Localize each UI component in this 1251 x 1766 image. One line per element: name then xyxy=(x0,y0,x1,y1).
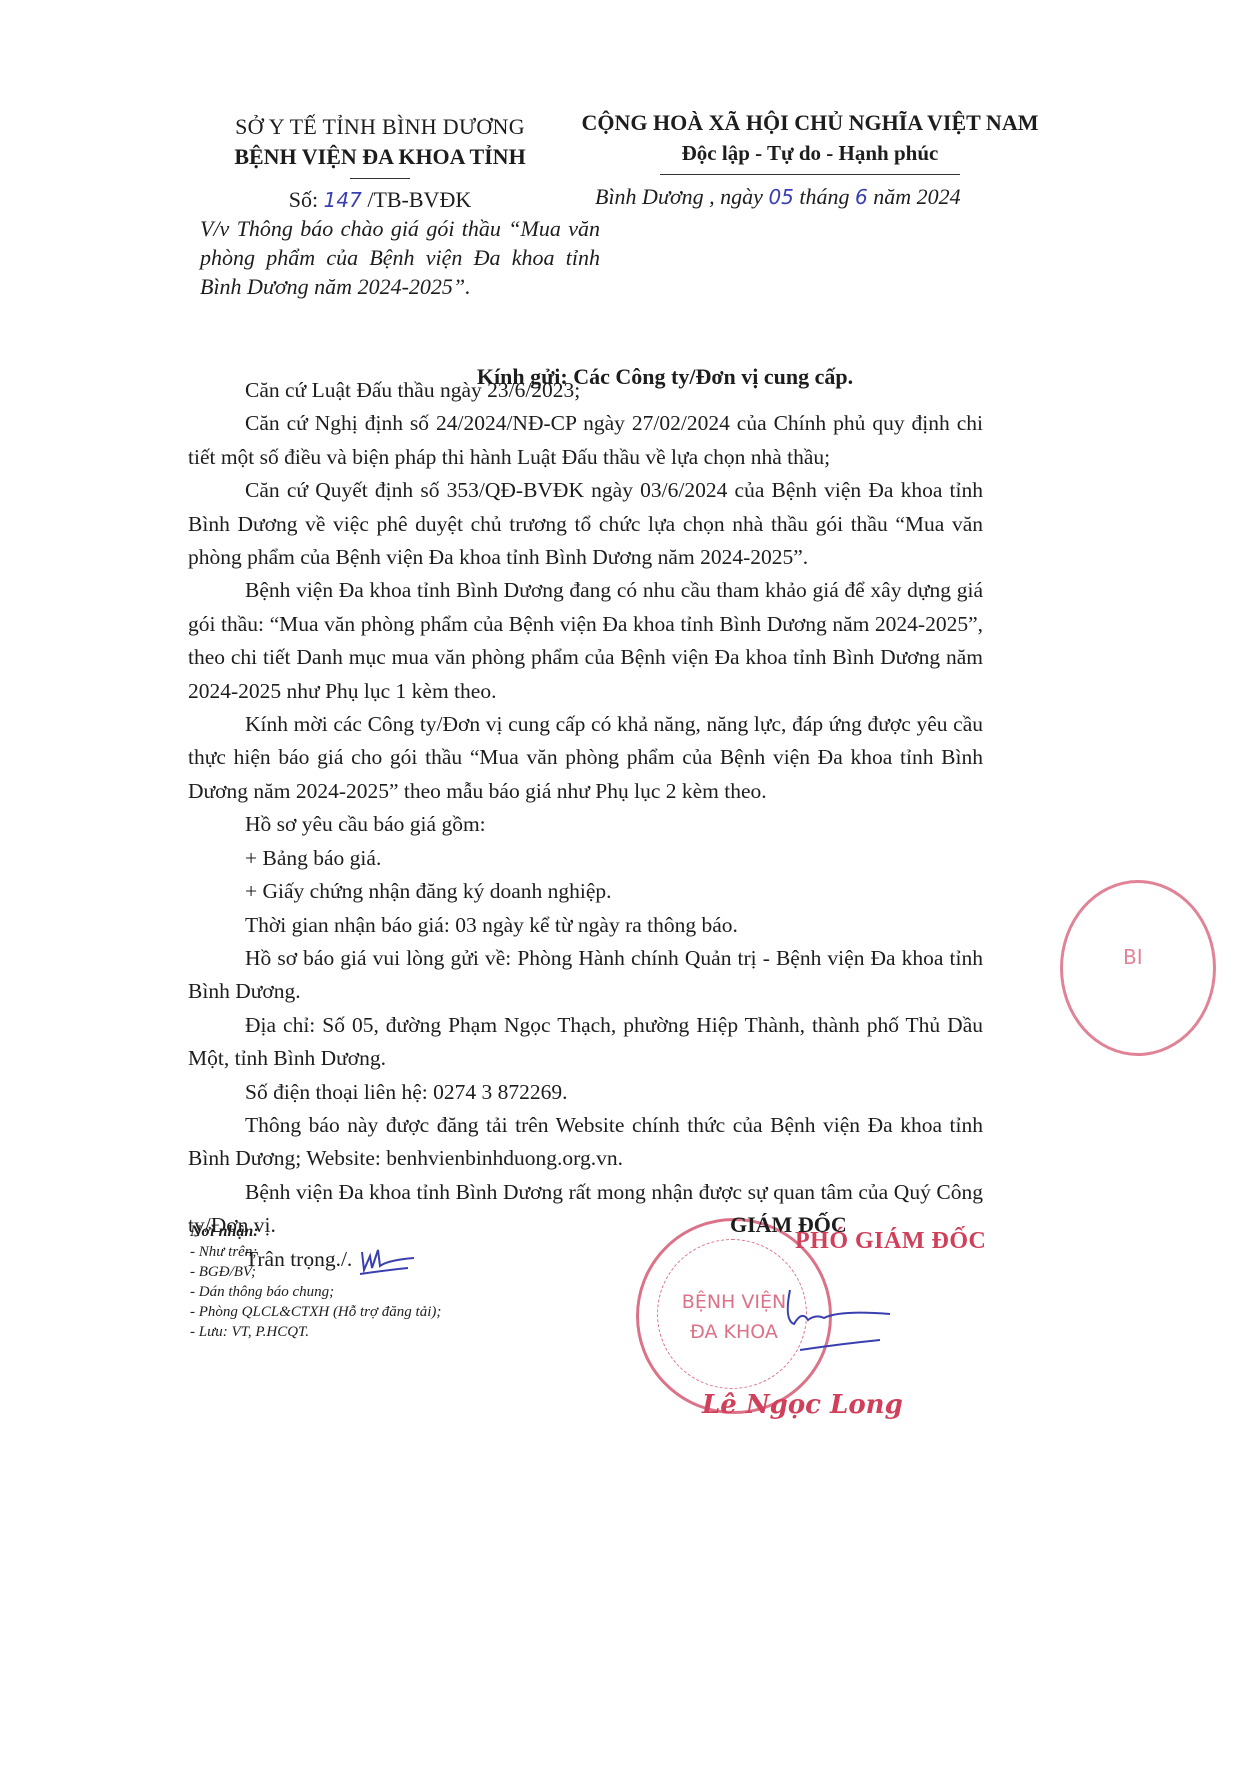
paragraph: Thời gian nhận báo giá: 03 ngày kể từ ng… xyxy=(188,909,983,942)
paragraph: Căn cứ Quyết định số 353/QĐ-BVĐK ngày 03… xyxy=(188,474,983,574)
paragraph: Thông báo này được đăng tải trên Website… xyxy=(188,1109,983,1176)
number-handwritten: 147 xyxy=(324,188,362,212)
paragraph: Địa chỉ: Số 05, đường Phạm Ngọc Thạch, p… xyxy=(188,1009,983,1076)
recipient-item: - BGĐ/BV; xyxy=(190,1262,441,1282)
subject-line: V/v Thông báo chào giá gói thầu “Mua văn… xyxy=(200,214,600,301)
national-header: CỘNG HOÀ XÃ HỘI CHỦ NGHĨA VIỆT NAM Độc l… xyxy=(560,108,1060,179)
recipients-block: Nơi nhận: - Như trên; - BGĐ/BV; - Dán th… xyxy=(190,1222,441,1342)
paragraph: Hồ sơ yêu cầu báo giá gồm: xyxy=(188,808,983,841)
date-line: Bình Dương , ngày 05 tháng 6 năm 2024 xyxy=(595,184,961,210)
divider xyxy=(660,174,960,175)
country-name: CỘNG HOÀ XÃ HỘI CHỦ NGHĨA VIỆT NAM xyxy=(560,108,1060,138)
page-edge-stamp-icon: BI xyxy=(1060,880,1216,1056)
paragraph: Kính mời các Công ty/Đơn vị cung cấp có … xyxy=(188,708,983,808)
date-month: 6 xyxy=(855,185,868,209)
hospital-name: BỆNH VIỆN ĐA KHOA TỈNH xyxy=(190,142,570,172)
recipient-item: - Dán thông báo chung; xyxy=(190,1282,441,1302)
department-name: SỞ Y TẾ TỈNH BÌNH DƯƠNG xyxy=(190,112,570,142)
paragraph: Số điện thoại liên hệ: 0274 3 872269. xyxy=(188,1076,983,1109)
recipient-item: - Lưu: VT, P.HCQT. xyxy=(190,1322,441,1342)
recipient-item: - Phòng QLCL&CTXH (Hỗ trợ đăng tải); xyxy=(190,1302,441,1322)
signer-name: Lê Ngọc Long xyxy=(702,1390,903,1420)
handwritten-signature-icon xyxy=(780,1280,900,1360)
date-year: năm 2024 xyxy=(873,184,960,209)
body-text: Căn cứ Luật Đấu thầu ngày 23/6/2023; Căn… xyxy=(188,374,983,1276)
paragraph: Căn cứ Nghị định số 24/2024/NĐ-CP ngày 2… xyxy=(188,407,983,474)
motto: Độc lập - Tự do - Hạnh phúc xyxy=(560,138,1060,168)
recipient-item: - Như trên; xyxy=(190,1242,441,1262)
issuer-block: SỞ Y TẾ TỈNH BÌNH DƯƠNG BỆNH VIỆN ĐA KHO… xyxy=(190,112,570,217)
paragraph: Hồ sơ báo giá vui lòng gửi về: Phòng Hàn… xyxy=(188,942,983,1009)
document-number: Số: 147 /TB-BVĐK xyxy=(190,183,570,217)
deputy-director-stamp: PHÓ GIÁM ĐỐC xyxy=(795,1228,986,1255)
paragraph: Bệnh viện Đa khoa tỉnh Bình Dương đang c… xyxy=(188,574,983,708)
date-place: Bình Dương , ngày xyxy=(595,184,763,209)
date-day: 05 xyxy=(768,185,793,209)
date-month-label: tháng xyxy=(799,184,849,209)
paragraph: + Giấy chứng nhận đăng ký doanh nghiệp. xyxy=(188,875,983,908)
paragraph: Căn cứ Luật Đấu thầu ngày 23/6/2023; xyxy=(188,374,983,407)
number-label: Số: xyxy=(289,187,318,212)
stamp-text: BI xyxy=(1123,945,1143,969)
number-suffix: /TB-BVĐK xyxy=(367,187,471,212)
paragraph: + Bảng báo giá. xyxy=(188,842,983,875)
divider xyxy=(350,178,410,179)
recipients-title: Nơi nhận: xyxy=(190,1222,441,1242)
